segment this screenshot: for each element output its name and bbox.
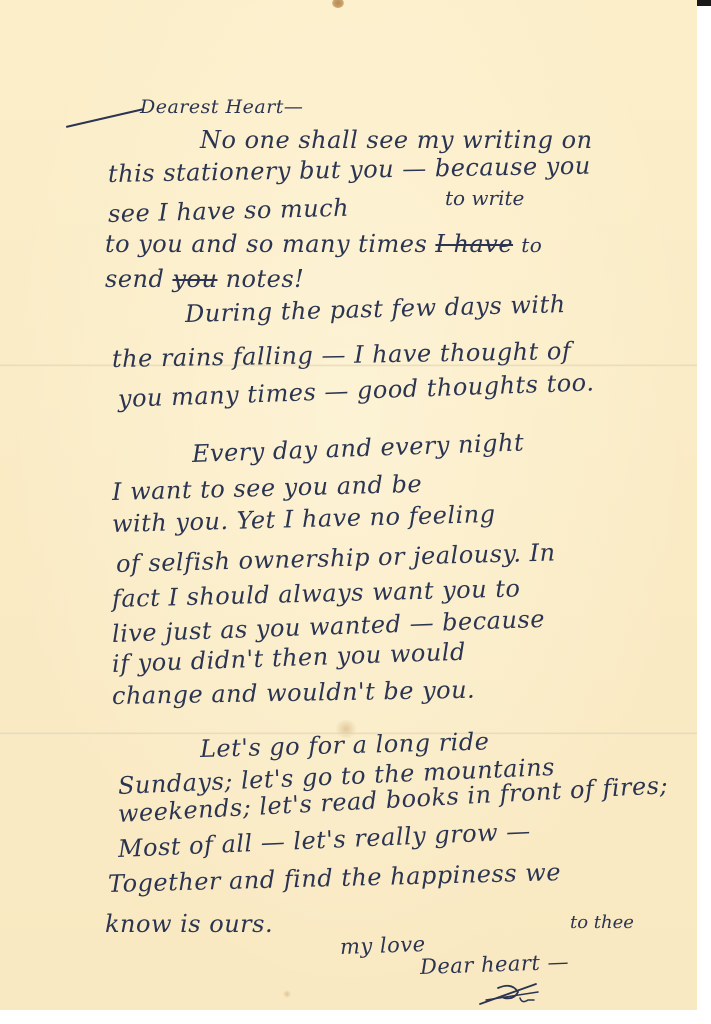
salutation: Dearest Heart— [140, 96, 303, 118]
letter-line: see I have so much [108, 194, 350, 228]
closing-insertion: to thee [570, 912, 634, 933]
closing-line-1: my love [340, 932, 426, 959]
letter-line: you many times — good thoughts too. [118, 368, 595, 413]
letter-line: change and wouldn't be you. [112, 676, 476, 710]
paper-stain-top [332, 0, 344, 8]
signature-initials [478, 978, 548, 1008]
letter-line: During the past few days with [185, 290, 566, 328]
letter-line: this stationery but you — because you [108, 152, 591, 188]
letter-line: send you notes! [105, 265, 304, 293]
paper-stain-bottom [283, 990, 291, 998]
letter-page: Dearest Heart— No one shall see my writi… [0, 0, 697, 1010]
inserted-text: to write [445, 186, 524, 210]
line-text: to you and so many times [105, 230, 427, 258]
letter-line: No one shall see my writing on [200, 126, 593, 154]
struck-text: I have [435, 230, 513, 258]
letter-line: the rains falling — I have thought of [112, 337, 572, 373]
letter-line: I want to see you and be [112, 470, 423, 506]
struck-text: you [172, 265, 217, 293]
letter-line: Every day and every night [192, 428, 525, 468]
inserted-text: to [521, 233, 542, 257]
line-text: notes! [226, 265, 305, 293]
closing-line-2: Dear heart — [420, 950, 570, 979]
line-text: send [105, 265, 164, 293]
letter-line: Together and find the happiness we [108, 858, 562, 898]
salutation-flourish [66, 108, 144, 128]
letter-line: know is ours. [105, 910, 273, 938]
letter-line: to you and so many times I have to [105, 230, 542, 258]
letter-line: with you. Yet I have no feeling [112, 500, 496, 538]
scan-edge-marker [697, 0, 711, 6]
letter-line: of selfish ownership or jealousy. In [116, 538, 556, 577]
